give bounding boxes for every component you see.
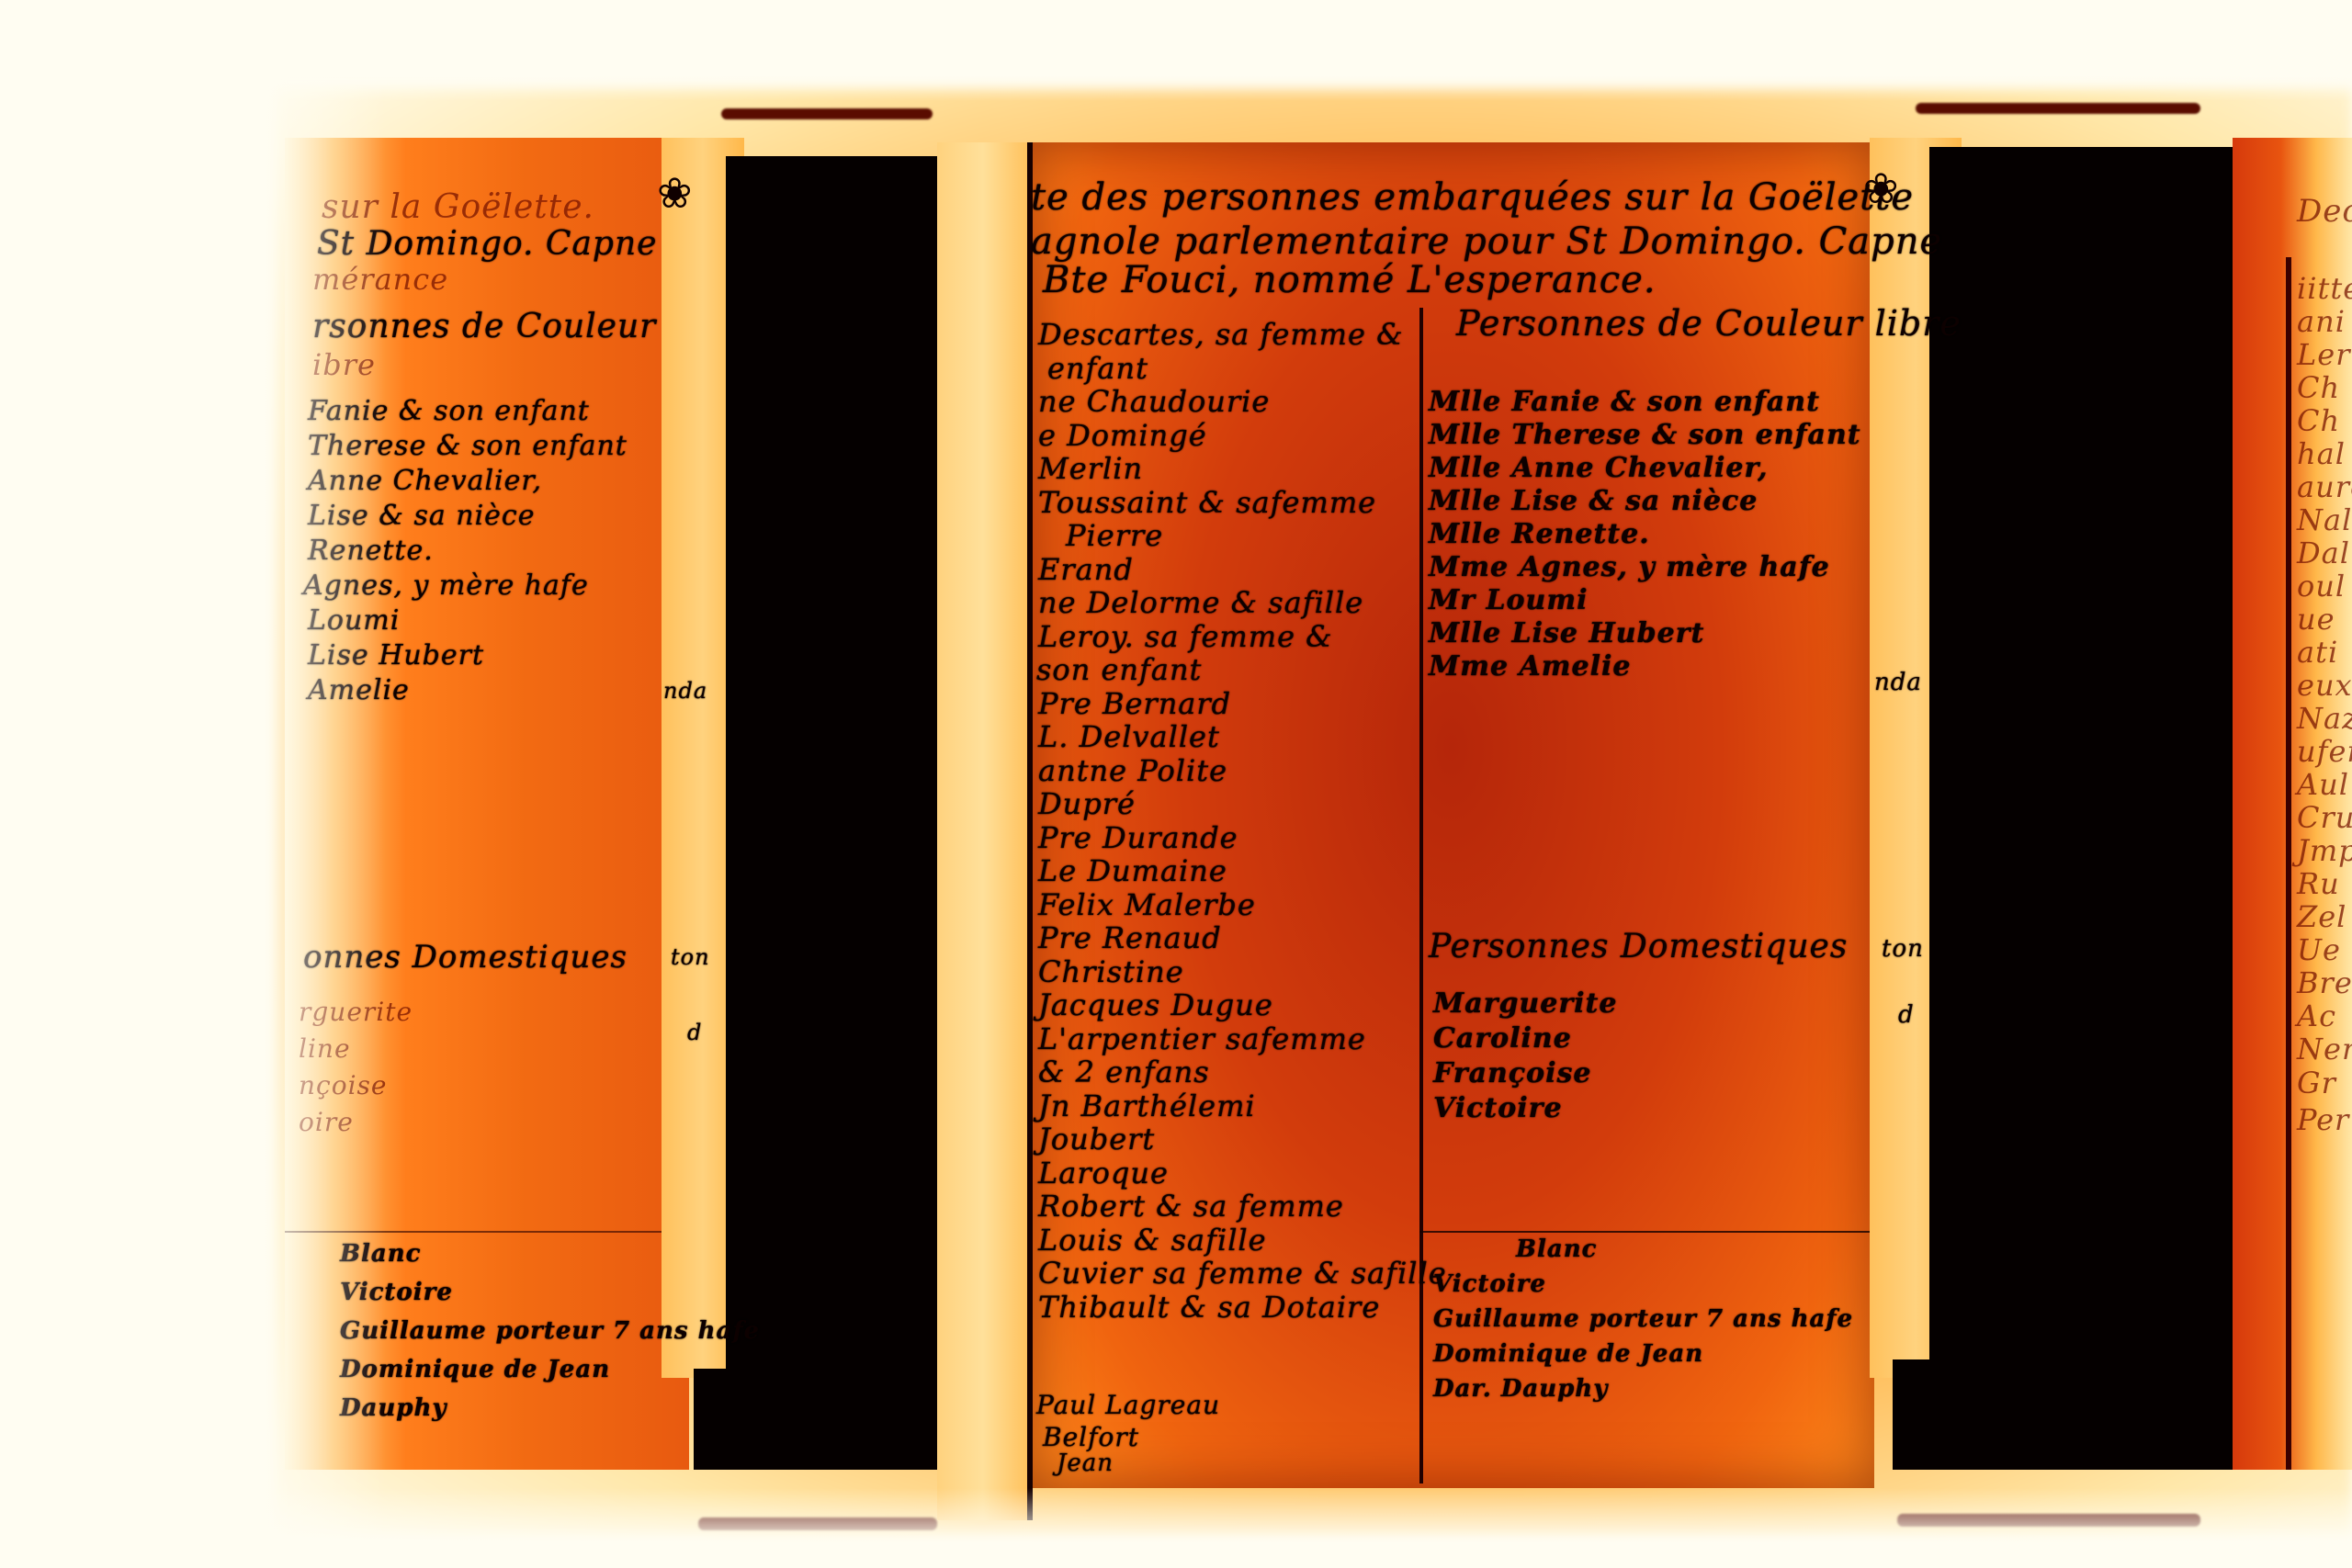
list-entry: Dupré xyxy=(1038,786,1136,821)
list-entry: antne Polite xyxy=(1038,753,1227,788)
list-entry: Ler xyxy=(2297,337,2350,372)
bottom-fade xyxy=(0,1488,2352,1568)
list-entry: Mlle Therese & son enfant xyxy=(1429,419,1861,451)
list-entry: Zel xyxy=(2297,899,2346,934)
list-entry: Pre Durande xyxy=(1038,820,1238,855)
list-entry: Robert & sa femme xyxy=(1038,1189,1344,1224)
list-entry: Guillaume porteur 7 ans hafe xyxy=(1433,1305,1853,1333)
column-divider xyxy=(1419,308,1423,1483)
center-header-line-1: te des personnes embarquées sur la Goële… xyxy=(1031,176,1914,219)
list-entry: Victoire xyxy=(1433,1092,1563,1124)
list-entry: Pre Renaud xyxy=(1038,920,1222,955)
list-entry: son enfant xyxy=(1036,652,1202,687)
list-entry: Jean xyxy=(1057,1450,1114,1477)
margin-fragment: d xyxy=(687,1020,702,1045)
list-entry: Victoire xyxy=(1433,1270,1546,1298)
list-entry: ani xyxy=(2297,304,2346,339)
list-entry: ufen xyxy=(2297,734,2352,769)
list-entry: ne Delorme & safille xyxy=(1038,585,1363,620)
list-entry: & 2 enfans xyxy=(1038,1055,1210,1089)
list-entry: Nen xyxy=(2297,1032,2352,1066)
right-binding-gap xyxy=(1929,147,2233,1470)
list-entry: Caroline xyxy=(1433,1022,1572,1055)
list-entry: Cuvier sa femme & safille xyxy=(1038,1256,1447,1291)
margin-fragment: nda xyxy=(663,678,707,704)
list-entry: eux xyxy=(2297,668,2352,703)
list-entry: Christine xyxy=(1038,954,1184,989)
list-entry: Descartes, sa femme & xyxy=(1038,317,1404,352)
list-entry: Pre Bernard xyxy=(1038,686,1231,721)
list-entry: Nal xyxy=(2297,502,2352,537)
list-entry: Mlle Lise Hubert xyxy=(1429,617,1704,649)
margin-fragment: ton xyxy=(671,944,710,970)
list-entry: Cru xyxy=(2297,800,2352,835)
list-entry: Ue xyxy=(2297,932,2341,967)
list-entry: Joubert xyxy=(1038,1122,1155,1156)
center-page-left-edge xyxy=(1027,142,1033,1520)
list-entry: Mlle Lise & sa nièce xyxy=(1429,485,1758,517)
list-entry: Toussaint & safemme xyxy=(1038,485,1376,520)
list-entry: Dominique de Jean xyxy=(1433,1340,1703,1368)
list-entry: Mlle Fanie & son enfant xyxy=(1429,386,1820,418)
margin-fragment: ton xyxy=(1882,935,1924,963)
list-entry: Mlle Renette. xyxy=(1429,518,1650,550)
list-entry: Paul Lagreau xyxy=(1036,1390,1220,1420)
list-entry: ne Chaudourie xyxy=(1038,384,1270,419)
list-entry: Merlin xyxy=(1038,451,1143,486)
list-entry: Françoise xyxy=(1433,1057,1591,1089)
list-entry: Laroque xyxy=(1038,1156,1169,1190)
list-entry: Jmp xyxy=(2297,833,2352,868)
list-entry: Ch xyxy=(2297,370,2340,405)
center-header-line-3: Bte Fouci, nommé L'esperance. xyxy=(1043,259,1657,301)
list-entry: hal xyxy=(2297,436,2346,471)
list-entry: Naz xyxy=(2297,701,2352,736)
list-entry: Felix Malerbe xyxy=(1038,887,1256,922)
list-entry: Mlle Anne Chevalier, xyxy=(1429,452,1769,484)
list-entry: Ch xyxy=(2297,403,2340,438)
list-entry: Louis & safille xyxy=(1038,1223,1267,1258)
list-entry: Per xyxy=(2297,1102,2349,1137)
right-binding-gap-lower xyxy=(1893,1359,2233,1470)
list-entry: Belfort xyxy=(1043,1422,1139,1452)
list-entry: Dal xyxy=(2297,536,2350,570)
list-entry: oul xyxy=(2297,569,2346,604)
list-entry: enfant xyxy=(1047,351,1148,386)
binding-bar-top-right xyxy=(1916,103,2200,114)
list-entry: aure xyxy=(2297,469,2352,504)
list-entry: Marguerite xyxy=(1433,987,1617,1020)
list-entry: Erand xyxy=(1038,552,1134,587)
list-entry: ue xyxy=(2297,602,2335,637)
list-entry: L. Delvallet xyxy=(1038,719,1220,754)
list-entry: Ac xyxy=(2297,998,2336,1033)
list-entry: Jacques Dugue xyxy=(1038,987,1273,1022)
list-entry: ati xyxy=(2297,635,2338,670)
list-entry: Thibault & sa Dotaire xyxy=(1038,1290,1380,1325)
list-entry: Le Dumaine xyxy=(1038,853,1227,888)
list-entry: Aul xyxy=(2297,767,2349,802)
paraph-flourish-icon: ❀ xyxy=(657,168,693,218)
heading-free-persons-of-color: Personnes de Couleur libre xyxy=(1456,303,1962,344)
left-binding-gap xyxy=(726,156,942,1470)
list-entry: Pierre xyxy=(1066,518,1163,553)
list-entry: Jn Barthélemi xyxy=(1038,1089,1256,1123)
right-header-fragment: Dec xyxy=(2297,193,2352,230)
right-page-rule xyxy=(2286,257,2291,1470)
heading-domestic-persons: Personnes Domestiques xyxy=(1429,928,1848,965)
left-fade xyxy=(0,0,386,1568)
list-entry: Blanc xyxy=(1516,1235,1597,1263)
list-entry: Mr Loumi xyxy=(1429,584,1589,616)
center-header-line-2: agnole parlementaire pour St Domingo. Ca… xyxy=(1031,220,1942,263)
list-entry: Bren xyxy=(2297,965,2352,1000)
list-entry: iitte xyxy=(2297,271,2352,306)
list-entry: Guillaume porteur 7 ans hafe xyxy=(340,1317,760,1345)
center-spine-strip xyxy=(937,142,1029,1520)
list-entry: L'arpentier safemme xyxy=(1038,1021,1366,1056)
paraph-flourish-icon: ❀ xyxy=(1863,164,1899,213)
margin-fragment: d xyxy=(1898,1001,1915,1029)
footer-rule xyxy=(1419,1231,1874,1233)
list-entry: Dar. Dauphy xyxy=(1433,1375,1608,1403)
list-entry: Leroy. sa femme & xyxy=(1038,619,1333,654)
list-entry: Gr xyxy=(2297,1066,2336,1100)
margin-fragment: nda xyxy=(1874,669,1922,696)
list-entry: Mme Agnes, y mère hafe xyxy=(1429,551,1830,583)
left-binding-gap-lower xyxy=(694,1369,942,1470)
binding-bar-top-left xyxy=(721,108,933,119)
list-entry: e Domingé xyxy=(1038,418,1207,453)
list-entry: Mme Amelie xyxy=(1429,650,1631,682)
list-entry: Ru xyxy=(2297,866,2340,901)
